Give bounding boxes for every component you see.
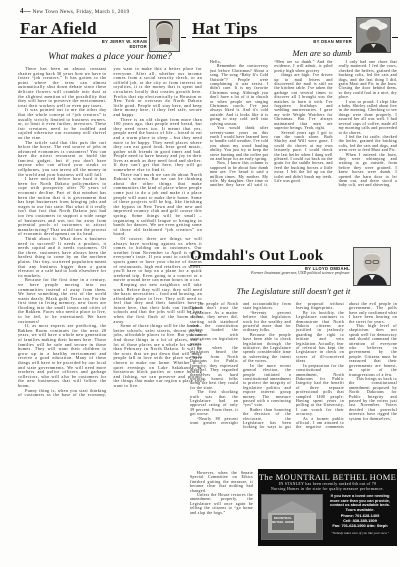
far-afield-title: Far Afield <box>20 19 97 39</box>
body-paragraph: This brings us back to the constitutiona… <box>349 377 397 421</box>
ad-building-roof <box>268 501 316 513</box>
body-paragraph: Several years ago I got to run the ranch… <box>274 131 332 184</box>
body-paragraph: It was pointed out to me the other day t… <box>18 108 107 140</box>
body-paragraph: There is an old slogan from more than 10… <box>114 118 203 173</box>
body-paragraph: Remember the controversy just before Chr… <box>210 64 268 126</box>
body-paragraph: In the more recent general election, the… <box>243 364 291 408</box>
omdahl-portrait-graphic <box>354 248 390 285</box>
body-paragraph: So when the legislators heard the result… <box>190 346 238 390</box>
ad-title: The MOUNTRAIL BETHEL HOME <box>258 472 397 482</box>
body-paragraph: things are high. I've driven up to mail … <box>274 73 332 130</box>
body-paragraph: Keeping our new neighbors will take work… <box>114 283 203 324</box>
omdahl-headline: The Legislature still doesn't get it <box>190 286 397 296</box>
hat-tips-rule-dash <box>392 37 398 38</box>
far-afield-byline: BY JERRY W. KRAM EDITOR <box>70 39 147 49</box>
body-paragraph: When I entered the barn, they were whinn… <box>339 153 397 188</box>
body-paragraph: You would think after seventy-some years… <box>210 126 268 161</box>
hat-tips-title: Hat Tips <box>192 19 258 39</box>
ad-ranking-line-2: Nursing Homes in the state for quality m… <box>258 487 397 492</box>
body-paragraph: Because for the first time in a century,… <box>18 278 107 324</box>
hat-tips-body: Hello,Remember the controversy just befo… <box>210 60 397 246</box>
ad-fax-number: Fax: 701-628-1900 Attn: Steph <box>326 524 394 529</box>
body-paragraph: Think about it. What does a business nee… <box>18 237 107 278</box>
far-afield-headline: What makes a place your home? <box>18 52 202 62</box>
ad-building-photo: MOUNTRAIL BETHEL HOME <box>261 494 323 540</box>
hat-tips-rule <box>192 37 352 38</box>
meyer-portrait-graphic <box>357 18 390 52</box>
body-paragraph: I fed the fat cattle, checked the heifer… <box>339 135 397 153</box>
body-paragraph: Because the people have been able to che… <box>243 333 291 364</box>
jerry-kram-headshot-photo <box>149 19 180 52</box>
body-paragraph: The people of North Dakota don't trust t… <box>190 302 238 346</box>
body-paragraph: The first shocking truth was that the Le… <box>190 390 238 416</box>
ad-building-sign: MOUNTRAIL BETHEL HOME <box>272 515 294 530</box>
page-number: 4— <box>20 7 31 15</box>
body-paragraph: If, as most experts are predicting, the … <box>18 324 107 388</box>
page-header-meta: 4— New Town News, Friday, March 1, 2019 <box>20 7 129 15</box>
far-afield-body: There has been an almost constant chatte… <box>18 67 202 545</box>
paper-name-date: New Town News, Friday, March 1, 2019 <box>31 9 130 15</box>
omdahl-byline-role: Former lieutenant governor, UND politica… <box>230 271 350 276</box>
far-afield-byline-role: EDITOR <box>70 44 147 49</box>
hat-tips-byline: BY DEAN MEYER <box>282 39 352 44</box>
body-paragraph: Some of those things will be the broad –… <box>114 324 203 388</box>
lloyd-omdahl-headshot-photo <box>353 247 391 286</box>
body-paragraph: I only had one chore that really mattere… <box>339 60 397 100</box>
omdahl-body: The people of North Dakota don't trust t… <box>190 302 397 468</box>
nursing-home-ad: The MOUNTRAIL BETHEL HOME IN STANLEY has… <box>258 469 397 546</box>
body-paragraph: “Seventy percent believe that legislator… <box>243 311 291 333</box>
body-paragraph: The article said that this puts the cart… <box>18 141 107 178</box>
ad-pitch-text: If you have a loved one needing more car… <box>326 494 394 512</box>
body-paragraph: However, when the Senate Special Committ… <box>190 471 253 493</box>
omdahl-byline: BY LLOYD OMDAHL Former lieutenant govern… <box>230 266 350 276</box>
body-paragraph: Unless the House restores the amendment … <box>190 493 253 515</box>
hat-tips-headline: Men are so dumb <box>247 48 397 58</box>
body-paragraph: By its hostility, the Legislature contin… <box>296 311 344 364</box>
body-paragraph: There has been an almost constant chatte… <box>18 67 107 108</box>
far-afield-rule <box>20 37 147 38</box>
body-paragraph: There isn't much we can do about North D… <box>114 173 203 237</box>
far-afield-rule-dash <box>181 37 186 38</box>
newspaper-page: 4— New Town News, Friday, March 1, 2019 … <box>0 0 400 567</box>
body-paragraph: I have noticed before how hard it has be… <box>18 177 107 237</box>
body-paragraph: Of course, there are things we will alwa… <box>114 237 203 283</box>
ad-tagline: “Nobody takes care of you like your own.… <box>326 531 394 535</box>
hat-tips-byline-name: BY DEAN MEYER <box>282 39 352 44</box>
body-paragraph: I was so proud. I slept like a baby. Shi… <box>339 100 397 135</box>
body-paragraph: This high level of skepticism does not s… <box>349 324 397 377</box>
omdahl-body-continued: However, when the Senate Special Committ… <box>190 471 253 545</box>
body-paragraph: In preparation for the constitutional am… <box>296 364 344 417</box>
omdahl-title: Omdahl's Out Look <box>190 248 323 265</box>
kram-portrait-graphic <box>150 20 179 51</box>
